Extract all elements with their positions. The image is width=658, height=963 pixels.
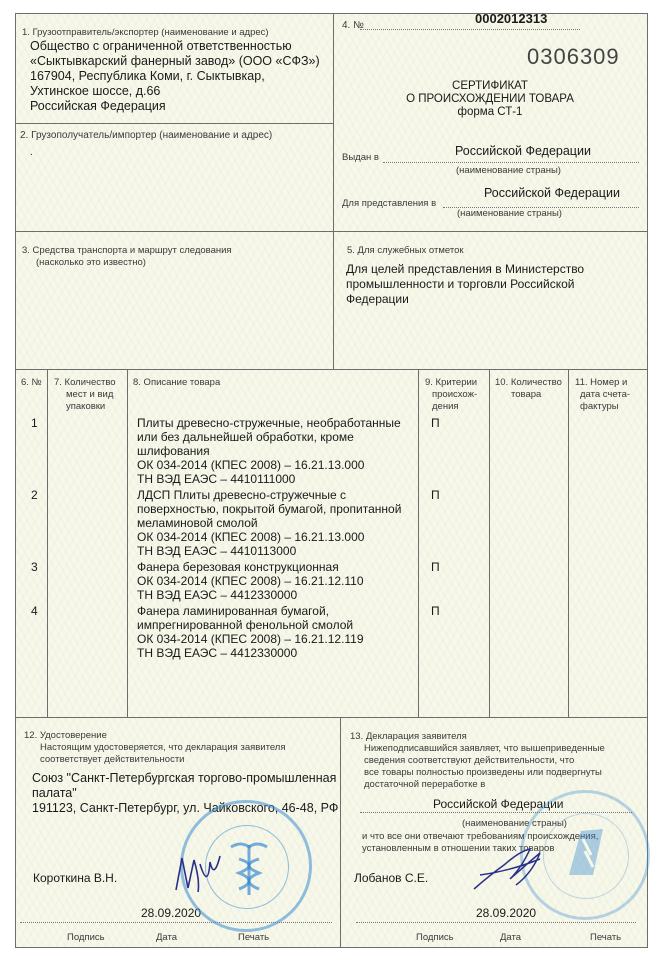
consignee-value[interactable]: .	[30, 145, 33, 160]
divider-vertical-top	[333, 13, 334, 369]
row-description-line[interactable]: ОК 034-2014 (КПЕС 2008) – 16.21.12.119	[137, 632, 364, 646]
issued-in-value[interactable]: Российской Федерации	[455, 144, 591, 159]
box3-label-1: 3. Средства транспорта и маршрут следова…	[22, 245, 232, 257]
issued-in-hint: (наименование страны)	[456, 165, 561, 177]
chamber-line-2[interactable]: палата"	[32, 786, 77, 801]
row-description-line[interactable]: ТН ВЭД ЕАЭС – 4410113000	[137, 544, 296, 558]
box4-number-label: 4. №	[342, 20, 364, 32]
official-note-line-2[interactable]: промышленности и торговли Российской	[346, 277, 574, 292]
row-criteria[interactable]: П	[431, 560, 440, 575]
exporter-line-3[interactable]: 167904, Республика Коми, г. Сыктывкар,	[30, 69, 265, 84]
row-criteria[interactable]: П	[431, 604, 440, 619]
row-number: 1	[31, 416, 38, 431]
box12-text-1: Настоящим удостоверяется, что декларация…	[40, 742, 286, 754]
box1-label: 1. Грузоотправитель/экспортер (наименова…	[22, 27, 269, 39]
row-description-line[interactable]: Плиты древесно-стружечные, необработанны…	[137, 416, 401, 430]
presented-to-label: Для представления в	[342, 198, 436, 210]
col-line-10	[489, 369, 490, 717]
official-note-line-1[interactable]: Для целей представления в Министерство	[346, 262, 584, 277]
row-number: 2	[31, 488, 38, 503]
divider-box2-box3	[15, 231, 648, 232]
row-description-line[interactable]: ТН ВЭД ЕАЭС – 4412330000	[137, 646, 297, 660]
box13-text-3: все товары полностью произведены или под…	[364, 767, 602, 779]
signature-lobanov	[470, 845, 550, 895]
box13-text-2: сведения соответствуют действительности,…	[364, 755, 574, 767]
divider-table-top	[15, 369, 648, 370]
row-description-line[interactable]: ТН ВЭД ЕАЭС – 4412330000	[137, 588, 297, 602]
header-col9-1: 9. Критерии	[425, 377, 477, 389]
header-col9-2: происхож-	[432, 389, 477, 401]
header-col7-3: упаковки	[66, 401, 105, 413]
divider-box12-box13	[340, 717, 341, 948]
issued-in-label: Выдан в	[342, 152, 379, 164]
caduceus-icon	[225, 837, 273, 897]
row-description-line[interactable]: ОК 034-2014 (КПЕС 2008) – 16.21.13.000	[137, 530, 364, 544]
header-col11-1: 11. Номер и	[575, 377, 627, 389]
certificate-number[interactable]: 0002012313	[475, 11, 547, 26]
row-description-line[interactable]: Фанера ламинированная бумагой,	[137, 604, 329, 618]
box13-signer[interactable]: Лобанов С.Е.	[354, 871, 428, 886]
box13-label: 13. Декларация заявителя	[350, 731, 467, 743]
box12-footer-seal: Печать	[238, 932, 269, 944]
box13-footer-seal: Печать	[590, 932, 621, 944]
box3-label-2: (насколько это известно)	[36, 257, 146, 269]
header-col8: 8. Описание товара	[133, 377, 220, 389]
presented-to-hint: (наименование страны)	[457, 208, 562, 220]
exporter-line-2[interactable]: «Сыктывкарский фанерный завод» (ООО «СФЗ…	[30, 54, 320, 69]
form-serial-number: 0306309	[527, 45, 620, 69]
header-col9-3: дения	[432, 401, 459, 413]
row-description-line[interactable]: Фанера березовая конструкционная	[137, 560, 339, 574]
box5-label: 5. Для служебных отметок	[347, 245, 464, 257]
chamber-line-1[interactable]: Союз "Санкт-Петербургская торгово-промыш…	[32, 771, 336, 786]
row-number: 4	[31, 604, 38, 619]
col-line-9	[418, 369, 419, 717]
row-description-line[interactable]: ОК 034-2014 (КПЕС 2008) – 16.21.12.110	[137, 574, 364, 588]
header-col10-1: 10. Количество	[495, 377, 562, 389]
header-col11-2: дата счета-	[580, 389, 630, 401]
divider-box1-box2	[15, 123, 333, 124]
col-line-8	[127, 369, 128, 717]
header-col7-2: мест и вид	[66, 389, 113, 401]
official-note-line-3[interactable]: Федерации	[346, 292, 409, 307]
box12-footer-date: Дата	[156, 932, 177, 944]
certificate-title-1: СЕРТИФИКАТ	[370, 80, 610, 93]
col-line-7	[47, 369, 48, 717]
row-criteria[interactable]: П	[431, 488, 440, 503]
box13-date[interactable]: 28.09.2020	[476, 906, 536, 921]
row-description-line[interactable]: ОК 034-2014 (КПЕС 2008) – 16.21.13.000	[137, 458, 364, 472]
issued-in-dotted-line	[383, 162, 639, 163]
certificate-title-3: форма СТ-1	[370, 106, 610, 119]
header-col10-2: товара	[511, 389, 541, 401]
signature-korotkina	[170, 850, 230, 900]
row-number: 3	[31, 560, 38, 575]
company-logo-icon	[563, 825, 609, 881]
box12-signer[interactable]: Короткина В.Н.	[33, 871, 117, 886]
box13-footer-date: Дата	[500, 932, 521, 944]
certificate-title-2: О ПРОИСХОЖДЕНИИ ТОВАРА	[370, 93, 610, 106]
number-dotted-line	[360, 29, 580, 30]
chamber-line-3[interactable]: 191123, Санкт-Петербург, ул. Чайковского…	[32, 801, 338, 816]
row-description-line[interactable]: шлифования	[137, 444, 210, 458]
row-description-line[interactable]: или без дальнейшей обработки, кроме	[137, 430, 354, 444]
box12-text-2: соответствует действительности	[40, 754, 185, 766]
header-col6: 6. №	[21, 377, 42, 389]
box12-footer-signature: Подпись	[67, 932, 105, 944]
row-description-line[interactable]: ТН ВЭД ЕАЭС – 4410111000	[137, 472, 295, 486]
box12-date[interactable]: 28.09.2020	[141, 906, 201, 921]
row-description-line[interactable]: импрегнированной фенольной смолой	[137, 618, 353, 632]
box13-footer-signature: Подпись	[416, 932, 454, 944]
row-description-line[interactable]: меламиновой смолой	[137, 516, 258, 530]
presented-to-value[interactable]: Российской Федерации	[484, 186, 620, 201]
box13-text-4: достаточной переработке в	[364, 779, 485, 791]
exporter-line-5[interactable]: Российская Федерация	[30, 99, 166, 114]
row-description-line[interactable]: ЛДСП Плиты древесно-стружечные с	[137, 488, 346, 502]
header-col11-3: фактуры	[580, 401, 619, 413]
exporter-line-1[interactable]: Общество с ограниченной ответственностью	[30, 39, 292, 54]
box2-label: 2. Грузополучатель/импортер (наименовани…	[20, 130, 272, 142]
box13-text-1: Нижеподписавшийся заявляет, что вышеприв…	[364, 743, 605, 755]
box12-label: 12. Удостоверение	[24, 730, 107, 742]
exporter-line-4[interactable]: Ухтинское шоссе, д.66	[30, 84, 160, 99]
col-line-11	[568, 369, 569, 717]
header-col7-1: 7. Количество	[54, 377, 116, 389]
divider-table-bottom	[15, 717, 648, 718]
row-description-line[interactable]: поверхностью, покрытой бумагой, пропитан…	[137, 502, 401, 516]
box13-signature-line	[356, 922, 636, 923]
box12-signature-line	[20, 922, 332, 923]
row-criteria[interactable]: П	[431, 416, 440, 431]
